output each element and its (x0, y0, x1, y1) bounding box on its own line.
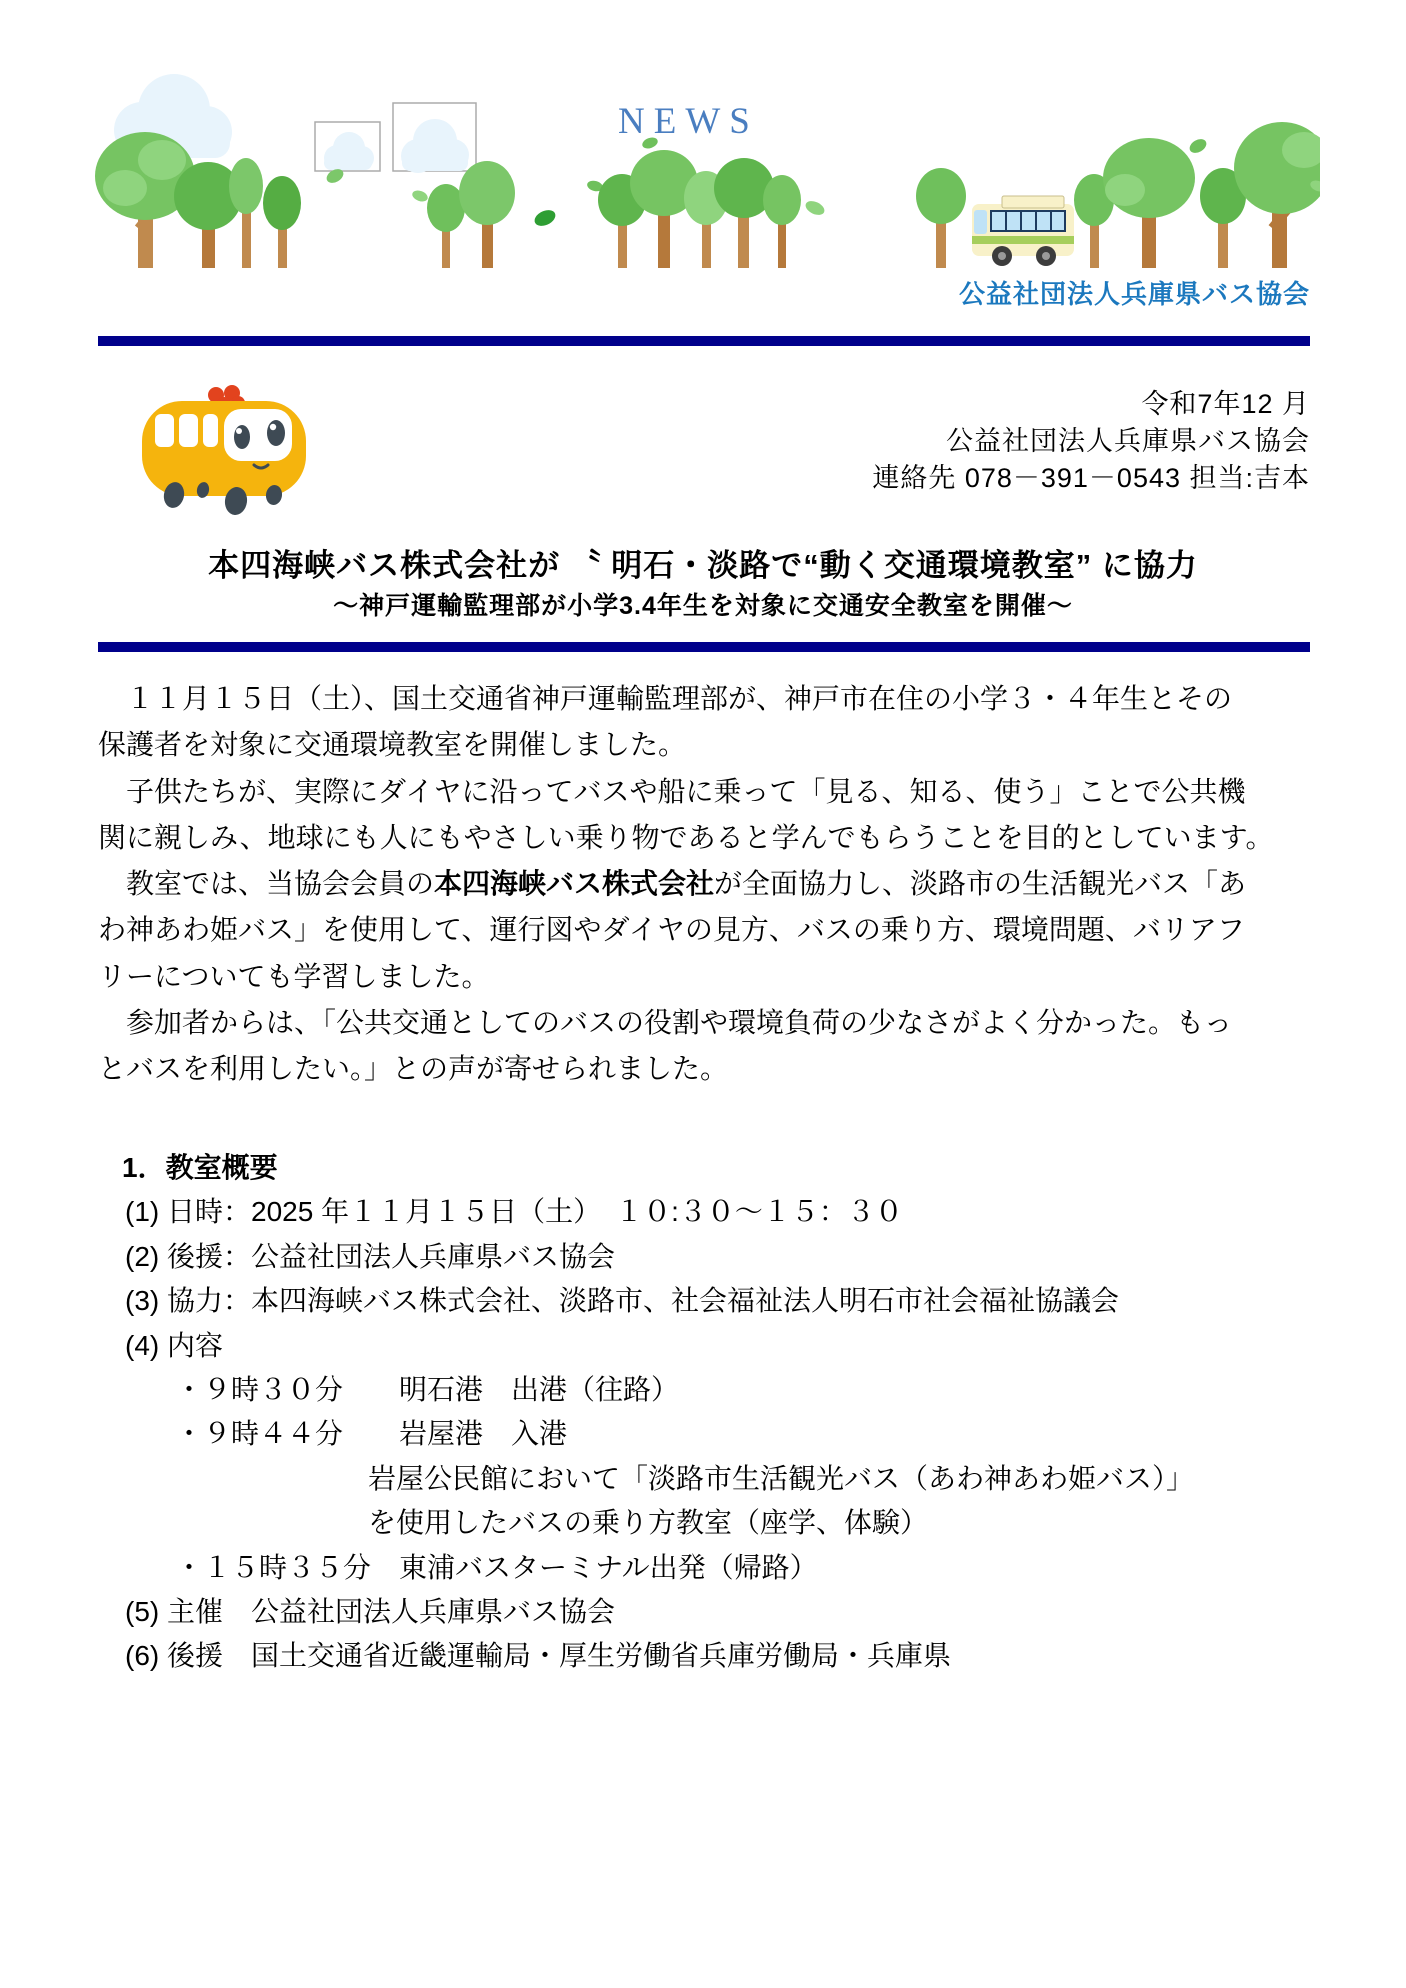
bus-icon (972, 196, 1074, 266)
overview-row: 岩屋公民館において「淡路市生活観光バス（あわ神あわ姫バス）」 (368, 1457, 1314, 1501)
page-subtitle: ～神戸運輸監理部が小学3.4年生を対象に交通安全教室を開催～ (0, 586, 1406, 622)
leaf-icon (411, 189, 429, 204)
association-name-header: 公益社団法人兵庫県バス協会 (959, 274, 1310, 311)
news-label: NEWS (618, 100, 759, 143)
tree-icon (427, 161, 515, 268)
overview-row: ・９時４４分 岩屋港 入港 (175, 1412, 1314, 1456)
cloud-box-icon (315, 122, 380, 171)
body-line-pre: 教室では、当協会会員の (98, 868, 434, 899)
overview-row: (6) 後援 国土交通省近畿運輸局・厚生労働省兵庫労働局・兵庫県 (125, 1634, 1314, 1678)
association-name-line: 公益社団法人兵庫県バス協会 (872, 423, 1310, 460)
overview-heading: 1．教室概要 (122, 1146, 1314, 1190)
contact-block: 令和7年12 月 公益社団法人兵庫県バス協会 連絡先 078－391－0543 … (872, 386, 1310, 497)
body-line: リーについても学習しました。 (98, 954, 1314, 1000)
overview-row: を使用したバスの乗り方教室（座学、体験） (368, 1501, 1314, 1545)
company-name-bold: 本四海峡バス株式会社 (434, 868, 714, 899)
header-decoration (90, 68, 1320, 273)
overview-row: (3) 協力：本四海峡バス株式会社、淡路市、社会福祉法人明石市社会福祉協議会 (125, 1279, 1314, 1323)
body-line-with-bold: 教室では、当協会会員の本四海峡バス株式会社が全面協力し、淡路市の生活観光バス「あ (98, 861, 1314, 907)
overview-row: (1) 日時：2025 年１１月１５日（土） １０:３０～１５：３０ (125, 1190, 1314, 1234)
overview-row: (4) 内容 (125, 1324, 1314, 1368)
divider-title (98, 642, 1310, 652)
overview-row: (2) 後援：公益社団法人兵庫県バス協会 (125, 1235, 1314, 1279)
page-title: 本四海峡バス株式会社が 〝 明石・淡路で“動く交通環境教室” に協力 (0, 540, 1406, 585)
school-bus-icon (128, 383, 333, 521)
tree-icon (916, 168, 966, 268)
overview-row: ・９時３０分 明石港 出港（往路） (175, 1368, 1314, 1412)
body-line: 子供たちが、実際にダイヤに沿ってバスや船に乗って「見る、知る、使う」ことで公共機 (98, 769, 1314, 815)
body-line-post: が全面協力し、淡路市の生活観光バス「あ (714, 868, 1246, 899)
press-release-page: NEWS 公益社団法人兵庫県バス協会 令和7年12 月 (0, 0, 1406, 1988)
overview-section: 1．教室概要 (1) 日時：2025 年１１月１５日（土） １０:３０～１５：３… (98, 1146, 1314, 1679)
overview-row: (5) 主催 公益社団法人兵庫県バス協会 (125, 1590, 1314, 1634)
body-line: とバスを利用したい。」との声が寄せられました。 (98, 1046, 1314, 1092)
body-line: 関に親しみ、地球にも人にもやさしい乗り物であると学んでもらうことを目的としていま… (98, 815, 1314, 861)
date-line: 令和7年12 月 (872, 386, 1310, 423)
phone-line: 連絡先 078－391－0543 担当:吉本 (872, 460, 1310, 497)
body-line: 参加者からは、「公共交通としてのバスの役割や環境負荷の少なさがよく分かった。もっ (98, 1000, 1314, 1046)
leaf-icon (1187, 136, 1209, 155)
cloud-box-icon (393, 103, 476, 173)
body-line: １１月１５日（土）、国土交通省神戸運輸監理部が、神戸市在住の小学３・４年生とその (98, 676, 1314, 722)
overview-row: ・１５時３５分 東浦バスターミナル出発（帰路） (175, 1546, 1314, 1590)
body-line: わ神あわ姫バス」を使用して、運行図やダイヤの見方、バスの乗り方、環境問題、バリア… (98, 907, 1314, 953)
tree-icon (598, 150, 801, 268)
body-text: １１月１５日（土）、国土交通省神戸運輸監理部が、神戸市在住の小学３・４年生とその… (98, 676, 1314, 1093)
body-line: 保護者を対象に交通環境教室を開催しました。 (98, 722, 1314, 768)
divider-top (98, 336, 1310, 346)
leaf-icon (532, 207, 558, 229)
leaf-icon (803, 198, 826, 217)
